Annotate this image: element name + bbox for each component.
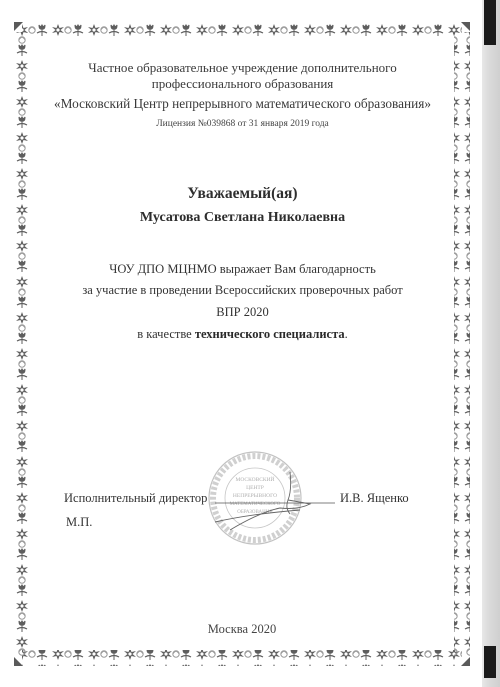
license-info: Лицензия №039868 от 31 января 2019 года: [40, 119, 445, 129]
role-title: технического специалиста: [195, 327, 345, 341]
participation-line: за участие в проведении Всероссийских пр…: [40, 283, 445, 298]
role-suffix: .: [345, 327, 348, 341]
scan-dark-strip-top: [484, 0, 496, 45]
recipient-name: Мусатова Светлана Николаевна: [40, 210, 445, 226]
handwritten-signature: [210, 470, 340, 540]
city-year: Москва 2020: [0, 622, 484, 637]
gratitude-line: ЧОУ ДПО МЦНМО выражает Вам благодарность: [40, 262, 445, 277]
seal-place-label: М.П.: [66, 515, 92, 530]
organization-type: Частное образовательное учреждение допол…: [40, 60, 445, 76]
scan-dark-strip-bottom: [484, 646, 496, 678]
signatory-name: И.В. Ященко: [340, 491, 409, 506]
greeting: Уважаемый(ая): [40, 185, 445, 203]
role-line: в качестве технического специалиста.: [40, 327, 445, 342]
scan-edge-shadow: [482, 0, 500, 687]
signatory-title: Исполнительный директор: [64, 491, 207, 506]
organization-name: «Московский Центр непрерывного математич…: [40, 96, 445, 112]
event-name: ВПР 2020: [40, 305, 445, 320]
organization-type-cont: профессионального образования: [40, 76, 445, 92]
role-prefix: в качестве: [137, 327, 195, 341]
